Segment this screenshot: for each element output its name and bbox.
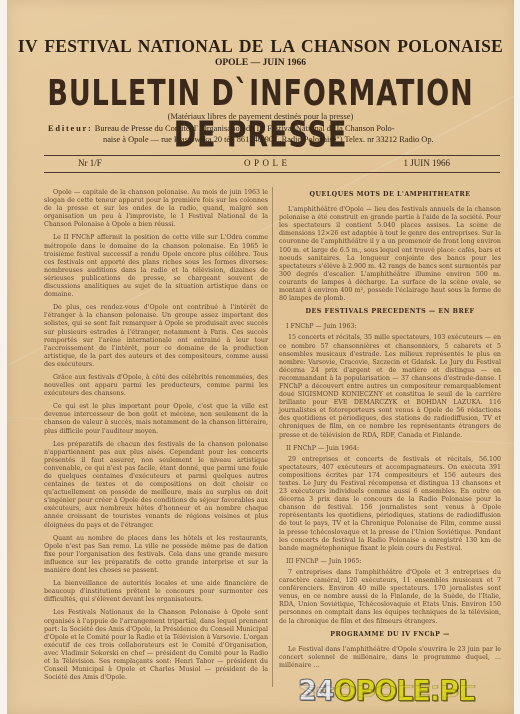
issue-number: Nr 1/F <box>78 158 102 168</box>
article-paragraph: La bienveillance de autorités locales et… <box>44 580 268 604</box>
publisher-info: Editeur: Bureau de Presse du Comité d` O… <box>48 123 498 145</box>
article-paragraph: Les Festivals Nationaux de la Chanson Po… <box>44 609 268 682</box>
issue-date: 1 JUIN 1966 <box>404 158 451 168</box>
publisher-label: Editeur: <box>48 124 93 133</box>
city-date: OPOLE — JUIN 1966 <box>7 58 514 68</box>
article-paragraph: Ce qui est le plus important pour Opole,… <box>44 403 268 435</box>
bulletin-subtitle: (Matériaux libres de payement destinés p… <box>7 111 514 121</box>
festival-title: IV FESTIVAL NATIONAL DE LA CHANSON POLON… <box>7 36 514 57</box>
newsletter-page: IV FESTIVAL NATIONAL DE LA CHANSON POLON… <box>7 0 514 714</box>
section-paragraph: 7 entreprises dans l'amphithéâtre d'Opol… <box>279 569 501 626</box>
right-column: QUELQUES MOTS DE L'AMPHITHEATREL'amphith… <box>279 189 501 675</box>
festival-edition-label: II FNChP — Juin 1964: <box>286 445 501 453</box>
section-paragraph: 29 entreprises et concerts de festivals … <box>279 456 501 553</box>
watermark-reflection: 24OPOLE.PL <box>298 681 474 700</box>
issue-city: OPOLE <box>244 158 291 168</box>
article-paragraph: Grâce aux festivals d'Opole, à côté des … <box>44 374 268 398</box>
issue-bar: Nr 1/F OPOLE 1 JUIN 1966 <box>44 157 500 171</box>
publisher-line-2: naise à Opole — rue Piastowska 20 tél. 8… <box>48 134 498 145</box>
section-heading: PROGRAMME DU IV FNChP — <box>279 631 501 639</box>
section-heading: DES FESTIVALS PRECEDENTS — EN BREF <box>279 308 501 316</box>
section-paragraph: 15 concerts et récitals, 35 mille specta… <box>279 334 501 439</box>
publisher-line-1: Bureau de Presse du Comité d` Organisati… <box>95 124 395 133</box>
festival-edition-label: III FNChP — Juin 1965: <box>286 558 501 566</box>
article-paragraph: Le II FNChP affermit la position de cett… <box>44 234 268 299</box>
festival-edition-label: I FNChP — Juin 1963: <box>286 323 501 331</box>
section-paragraph: L'amphithéâtre d'Opole — lieu des festiv… <box>279 206 501 303</box>
bottom-rule <box>44 172 500 173</box>
article-paragraph: De plus, ces rendez-vous d'Opole ont con… <box>44 304 268 369</box>
left-column: Opole — capitale de la chanson polonaise… <box>44 189 268 687</box>
article-paragraph: Opole — capitale de la chanson polonaise… <box>44 189 268 229</box>
section-paragraph: Le Festival dans l'amphithéâtre d'Opole … <box>279 646 501 670</box>
section-heading: QUELQUES MOTS DE L'AMPHITHEATRE <box>279 191 501 199</box>
article-paragraph: Les préparatifs de chacun des festivals … <box>44 441 268 530</box>
article-paragraph: Quant au nombre de places dans les hôtel… <box>44 535 268 575</box>
top-rule <box>44 155 500 156</box>
column-divider <box>272 187 273 687</box>
